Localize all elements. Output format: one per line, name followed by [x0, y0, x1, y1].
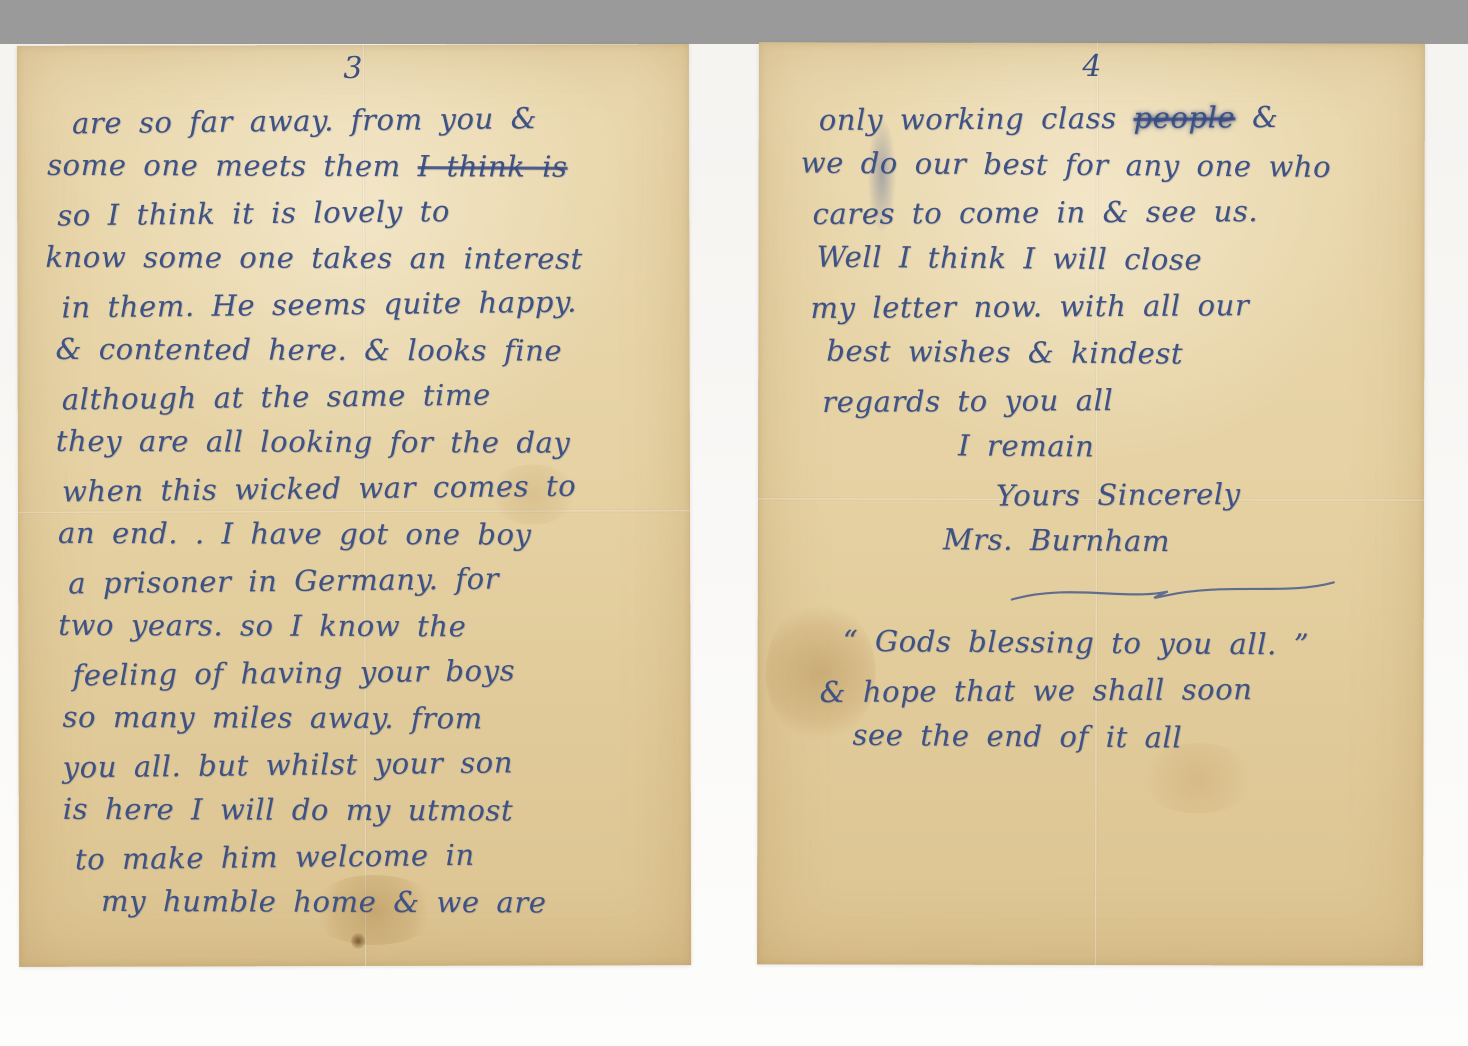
signature-flourish [1008, 570, 1410, 620]
handwriting-line: so I think it is lovely to [57, 185, 675, 238]
postscript-line: see the end of it all [852, 712, 1409, 764]
handwriting-line: so many miles away. from [62, 694, 676, 742]
handwriting-line: in them. He seems quite happy. [61, 277, 675, 330]
top-bar [0, 0, 1468, 44]
letter-page-4: 4 only working class people & we do our … [757, 42, 1425, 965]
handwriting-line: to make him welcome in [75, 830, 677, 883]
handwriting-line: my letter now. with all our [810, 281, 1410, 332]
handwriting-line: know some one takes an interest [45, 234, 675, 282]
handwriting-line: when this wicked war comes to [62, 461, 676, 514]
handwriting-line: best wishes & kindest [826, 328, 1410, 380]
handwriting-line: Well I think I will close [816, 234, 1410, 286]
handwriting-line: cares to come in & see us. [812, 187, 1410, 238]
postscript-line: “ Gods blessing to you all. ” [843, 618, 1410, 670]
handwriting-line: & contented here. & looks fine [56, 326, 676, 374]
handwriting-block: are so far away. from you & some one mee… [17, 96, 677, 926]
handwriting-block: only working class people & we do our be… [757, 94, 1410, 761]
closing-line: Yours Sincerely [996, 470, 1410, 520]
handwriting-line: regards to you all [822, 375, 1410, 426]
handwriting-line: feeling of having your boys [72, 646, 676, 699]
handwriting-line: two years. so I know the [58, 602, 676, 650]
handwriting-line: they are all looking for the day [56, 418, 676, 466]
handwriting-line: is here I will do my utmost [63, 786, 677, 834]
handwriting-line: although at the same time [61, 369, 675, 422]
scan-background: 3 are so far away. from you & some one m… [0, 0, 1468, 1046]
handwriting-line: only working class people & [819, 93, 1411, 144]
struck-text: people [1133, 100, 1235, 135]
handwriting-line: are so far away. from you & [72, 94, 675, 147]
letter-page-3: 3 are so far away. from you & some one m… [17, 44, 691, 967]
handwriting-line: you all. but whilst your son [62, 737, 676, 790]
handwriting-line: an end. . I have got one boy [58, 510, 676, 558]
signature-flourish-icon [1008, 575, 1338, 605]
handwriting-line: some one meets them I think is [47, 142, 675, 190]
page-number: 3 [17, 50, 689, 87]
handwriting-line: a prisoner in Germany. for [68, 554, 676, 607]
closing-line: I remain [958, 422, 1410, 473]
postscript-line: & hope that we shall soon [819, 665, 1409, 716]
handwriting-line: we do our best for any one who [801, 140, 1411, 192]
paper-stain [351, 933, 365, 949]
struck-text: I think is [418, 149, 568, 184]
handwriting-line: my humble home & we are [101, 878, 677, 926]
signature-name: Mrs. Burnham [943, 516, 1410, 567]
page-number: 4 [759, 48, 1425, 84]
